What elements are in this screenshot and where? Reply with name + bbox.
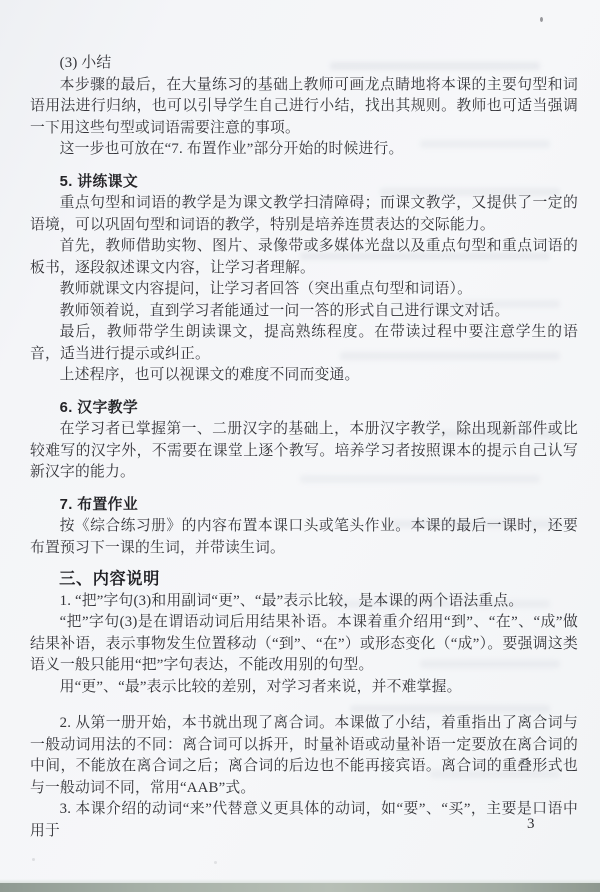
scan-speck [32,858,35,861]
paragraph: 教师领着说，直到学习者能通过一问一答的形式自己进行课文对话。 [30,301,578,323]
scan-speck [540,17,543,22]
paragraph: 按《综合练习册》的内容布置本课口头或笔头作业。本课的最后一课时，还要布置预习下一… [30,516,578,559]
scan-speck [214,861,217,864]
paragraph: 上述程序，也可以视课文的难度不同而变通。 [30,365,578,387]
scanned-book-page: (3) 小结 本步骤的最后，在大量练习的基础上教师可画龙点睛地将本课的主要句型和… [0,0,600,892]
section-heading-7-homework: 7. 布置作业 [30,495,578,517]
subheading-3-summary: (3) 小结 [30,53,578,75]
paragraph: 3. 本课介绍的动词“来”代替意义更具体的动词，如“要”、“买”，主要是口语中用… [30,799,578,842]
paragraph: “把”字句(3)是在谓语动词后用结果补语。本课着重介绍用“到”、“在”、“成”做… [30,612,578,677]
paragraph: 2. 从第一册开始，本书就出现了离合词。本课做了小结，着重指出了离合词与一般动词… [30,713,578,799]
paragraph: 最后，教师带学生朗读课文，提高熟练程度。在带读过程中要注意学生的语音，适当进行提… [30,322,578,365]
paragraph: 本步骤的最后，在大量练习的基础上教师可画龙点睛地将本课的主要句型和词语用法进行归… [30,75,578,140]
page-text-column: (3) 小结 本步骤的最后，在大量练习的基础上教师可画龙点睛地将本课的主要句型和… [0,0,600,842]
section-heading-5-text-drill: 5. 讲练课文 [30,172,578,194]
section-heading-6-characters: 6. 汉字教学 [30,398,578,420]
paragraph: 重点句型和词语的教学是为课文教学扫清障碍；而课文教学，又提供了一定的语境，可以巩… [30,193,578,236]
paragraph: 1. “把”字句(3)和用副词“更”、“最”表示比较，是本课的两个语法重点。 [30,591,578,613]
page-edge-shadow [0,883,600,892]
paragraph: 在学习者已掌握第一、二册汉字的基础上，本册汉字教学，除出现新部件或比较难写的汉字… [30,419,578,484]
paragraph: 教师就课文内容提问，让学习者回答（突出重点句型和词语）。 [30,279,578,301]
paragraph: 首先，教师借助实物、图片、录像带或多媒体光盘以及重点句型和重点词语的板书，逐段叙… [30,236,578,279]
paragraph: 用“更”、“最”表示比较的差别，对学习者来说，并不难掌握。 [30,677,578,699]
page-number: 3 [527,816,535,833]
paragraph: 这一步也可放在“7. 布置作业”部分开始的时候进行。 [30,139,578,161]
major-heading-content-notes: 三、内容说明 [30,569,578,591]
